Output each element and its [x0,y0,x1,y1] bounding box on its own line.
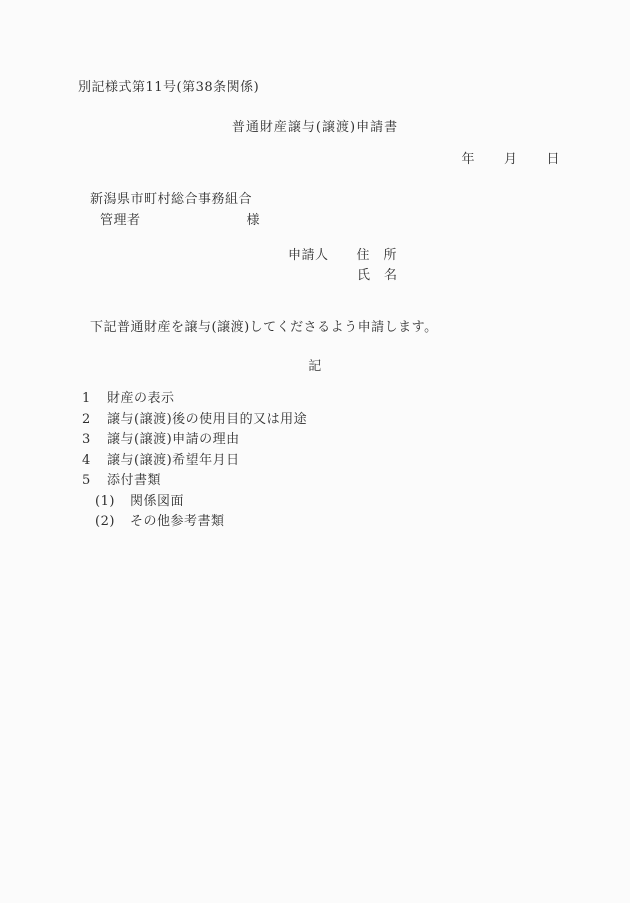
list-item-3-number: 3 [82,430,107,451]
list-subitem-1-number: (1) [95,492,130,513]
list-subitem-1-text: 関係図面 [130,492,184,513]
list-subitem-2-number: (2) [95,512,130,533]
list-item-4-text: 譲与(譲渡)希望年月日 [107,451,240,472]
addressee-honorific: 様 [247,213,261,228]
document-title: 普通財産譲与(譲渡)申請書 [0,116,630,135]
addressee-block: 新潟県市町村総合事務組合 管理者様 [90,189,260,231]
list-item-4-number: 4 [82,451,107,472]
list-item-2: 2 譲与(譲渡)後の使用目的又は用途 [82,410,307,431]
request-sentence: 下記普通財産を譲与(譲渡)してくださるよう申請します。 [90,316,438,335]
list-item-1-text: 財産の表示 [107,389,175,410]
date-month-label: 月 [504,148,518,167]
document-page: 別記様式第11号(第38条関係) 普通財産譲与(譲渡)申請書 年 月 日 新潟県… [0,0,630,903]
list-item-4: 4 譲与(譲渡)希望年月日 [82,451,307,472]
list-subitem-2: (2) その他参考書類 [95,512,307,533]
list-item-1-number: 1 [82,389,107,410]
list-subitem-1: (1) 関係図面 [95,492,307,513]
form-style-note: 別記様式第11号(第38条関係) [78,76,259,95]
list-item-5-number: 5 [82,471,107,492]
applicant-address-label: 住 所 [357,248,398,263]
list-item-5-text: 添付書類 [107,471,161,492]
list-item-1: 1 財産の表示 [82,389,307,410]
applicant-block: 申請人住 所 氏 名 [288,246,398,286]
addressee-role-line: 管理者様 [100,210,260,231]
date-line: 年 月 日 [461,148,560,167]
date-day-label: 日 [546,148,560,167]
list-heading-ki: 記 [0,355,630,374]
list-item-3-text: 譲与(譲渡)申請の理由 [107,430,240,451]
list-subitem-2-text: その他参考書類 [130,512,225,533]
applicant-name-line: 氏 名 [357,266,398,286]
applicant-address-line: 申請人住 所 [288,246,398,266]
list-item-5: 5 添付書類 [82,471,307,492]
applicant-name-label: 氏 名 [357,268,398,283]
list-item-2-text: 譲与(譲渡)後の使用目的又は用途 [107,410,307,431]
list-item-3: 3 譲与(譲渡)申請の理由 [82,430,307,451]
applicant-label: 申請人 [288,248,329,263]
addressee-role: 管理者 [100,213,141,228]
date-year-label: 年 [461,148,475,167]
addressee-organization: 新潟県市町村総合事務組合 [90,189,260,210]
numbered-list: 1 財産の表示 2 譲与(譲渡)後の使用目的又は用途 3 譲与(譲渡)申請の理由… [82,389,307,533]
list-item-2-number: 2 [82,410,107,431]
